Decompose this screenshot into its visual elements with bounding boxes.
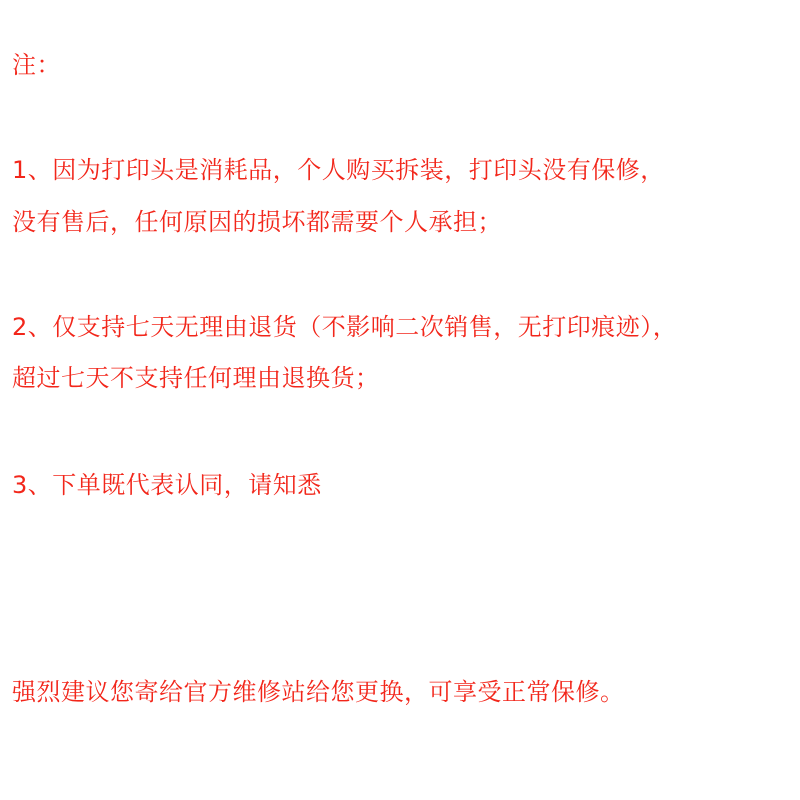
note-item-2-line-1: 2、仅支持七天无理由退货（不影响二次销售，无打印痕迹）， — [12, 312, 677, 342]
note-heading: 注： — [12, 50, 61, 80]
recommendation-text: 强烈建议您寄给官方维修站给您更换，可享受正常保修。 — [12, 677, 625, 707]
note-item-3-line-1: 3、下单既代表认同，请知悉 — [12, 470, 322, 500]
note-item-1-line-2: 没有售后，任何原因的损坏都需要个人承担； — [12, 207, 502, 237]
note-item-2-line-2: 超过七天不支持任何理由退换货； — [12, 363, 380, 393]
note-item-1-line-1: 1、因为打印头是消耗品，个人购买拆装，打印头没有保修， — [12, 155, 665, 185]
